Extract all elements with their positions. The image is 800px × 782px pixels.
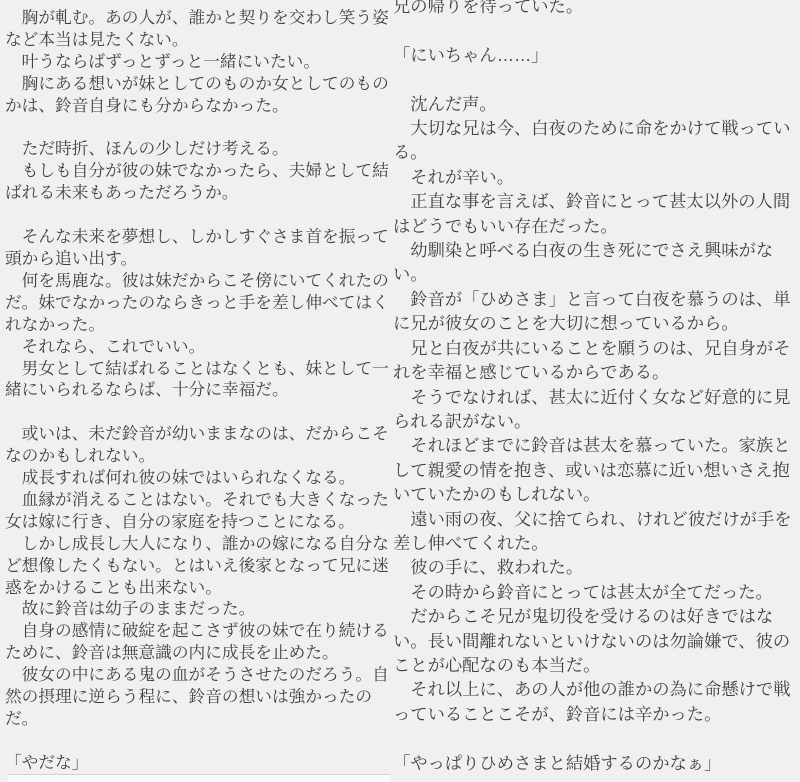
text-line	[5, 730, 375, 752]
text-line: 彼の手に、救われた。	[393, 555, 777, 579]
text-line	[393, 67, 777, 91]
text-line: ために、鈴音は無意識の内に成長を止めた。	[5, 642, 375, 664]
text-line	[5, 401, 375, 423]
text-line: れを幸福と感じているからである。	[393, 360, 777, 384]
right-page-text: 兄の帰りを待っていた。 「にいちゃん……」 沈んだ声。 大切な兄は今、白夜のため…	[393, 0, 777, 775]
text-line: 成長すれば何れ彼の妹ではいられなくなる。	[5, 467, 375, 489]
text-line: だ。	[5, 708, 375, 730]
text-line: 兄と白夜が共にいることを願うのは、兄自身がそ	[393, 336, 777, 360]
text-line: 彼女の中にある鬼の血がそうさせたのだろう。自	[5, 664, 375, 686]
text-line: 自身の感情に破綻を起こさず彼の妹で在り続ける	[5, 620, 375, 642]
text-line: 兄の帰りを待っていた。	[393, 0, 777, 18]
text-line: ど想像したくもない。とはいえ後家となって兄に迷	[5, 555, 375, 577]
text-line: る。	[393, 140, 777, 164]
text-line: それほどまでに鈴音は甚太を慕っていた。家族と	[393, 433, 777, 457]
text-line: 血縁が消えることはない。それでも大きくなった	[5, 489, 375, 511]
text-line: 「やだな」	[5, 752, 375, 774]
text-line: しかし成長し大人になり、誰かの嫁になる自分な	[5, 533, 375, 555]
text-line: ただ時折、ほんの少しだけ考える。	[5, 138, 375, 160]
text-line: 男女として結ばれることはなくとも、妹として一	[5, 358, 375, 380]
text-line: なのかもしれない。	[5, 445, 375, 467]
text-line: かは、鈴音自身にも分からなかった。	[5, 95, 375, 117]
text-line	[5, 204, 375, 226]
text-line: 正直な事を言えば、鈴音にとって甚太以外の人間	[393, 189, 777, 213]
text-line: 差し伸べてくれた。	[393, 531, 777, 555]
text-line: その時から鈴音にとっては甚太が全てだった。	[393, 580, 777, 604]
text-line: 沈んだ声。	[393, 92, 777, 116]
text-line: ことが心配なのも本当だ。	[393, 653, 777, 677]
text-line: 叶うならばずっとずっと一緒にいたい。	[5, 51, 375, 73]
text-line: それなら、これでいい。	[5, 336, 375, 358]
text-line: 或いは、未だ鈴音が幼いままなのは、だからこそ	[5, 423, 375, 445]
novel-reader-background: { "page": { "background_color": "#f0f0f0…	[0, 0, 800, 782]
text-line: して親愛の情を抱き、或いは恋慕に近い想いさえ抱	[393, 458, 777, 482]
text-line: そんな未来を夢想し、しかしすぐさま首を振って	[5, 226, 375, 248]
text-line: 鈴音が「ひめさま」と言って白夜を慕うのは、単	[393, 287, 777, 311]
text-line: など本当は見たくない。	[5, 29, 375, 51]
text-line: それが辛い。	[393, 165, 777, 189]
left-page-bottom-edge	[8, 774, 390, 782]
text-line: もしも自分が彼の妹でなかったら、夫婦として結	[5, 160, 375, 182]
text-line: に兄が彼女のことを大切に想っているから。	[393, 311, 777, 335]
text-line: 大切な兄は今、白夜のために命をかけて戦ってい	[393, 116, 777, 140]
text-line: そうでなければ、甚太に近付く女など好意的に見	[393, 385, 777, 409]
text-line: それ以上に、あの人が他の誰かの為に命懸けで戦	[393, 677, 777, 701]
text-line: だからこそ兄が鬼切役を受けるのは好きではな	[393, 604, 777, 628]
text-line: い。長い間離れないといけないのは勿論嫌で、彼の	[393, 629, 777, 653]
text-line	[393, 726, 777, 750]
text-line: いていたかのもしれない。	[393, 482, 777, 506]
text-line: 故に鈴音は幼子のままだった。	[5, 598, 375, 620]
text-line: 惑をかけることも出来ない。	[5, 577, 375, 599]
text-line: 遠い雨の夜、父に捨てられ、けれど彼だけが手を	[393, 507, 777, 531]
text-line: 幼馴染と呼べる白夜の生き死にでさえ興味がな	[393, 238, 777, 262]
text-line: 女は嫁に行き、自分の家庭を持つことになる。	[5, 511, 375, 533]
text-line	[393, 18, 777, 42]
left-page-text: 胸が軋む。あの人が、誰かと契りを交わし笑う姿など本当は見たくない。 叶うならばず…	[5, 7, 375, 774]
text-line: 「にいちゃん……」	[393, 43, 777, 67]
text-line: れなかった。	[5, 314, 375, 336]
text-line: 胸にある想いが妹としてのものか女としてのもの	[5, 73, 375, 95]
text-line: はどうでもいい存在だった。	[393, 214, 777, 238]
text-line: だ。妹でなかったのならきっと手を差し伸べてはく	[5, 292, 375, 314]
text-line: 「やっぱりひめさまと結婚するのかなぁ」	[393, 751, 777, 775]
text-line: 何を馬鹿な。彼は妹だからこそ傍にいてくれたの	[5, 270, 375, 292]
text-line: ばれる未来もあっただろうか。	[5, 182, 375, 204]
text-line: 頭から追い出す。	[5, 248, 375, 270]
text-line: い。	[393, 262, 777, 286]
text-line: 然の摂理に逆らう程に、鈴音の想いは強かったの	[5, 686, 375, 708]
text-line: 緒にいられるならば、十分に幸福だ。	[5, 379, 375, 401]
text-line: 胸が軋む。あの人が、誰かと契りを交わし笑う姿	[5, 7, 375, 29]
text-line: られる訳がない。	[393, 409, 777, 433]
text-line: っていることこそが、鈴音には辛かった。	[393, 702, 777, 726]
text-line	[5, 117, 375, 139]
